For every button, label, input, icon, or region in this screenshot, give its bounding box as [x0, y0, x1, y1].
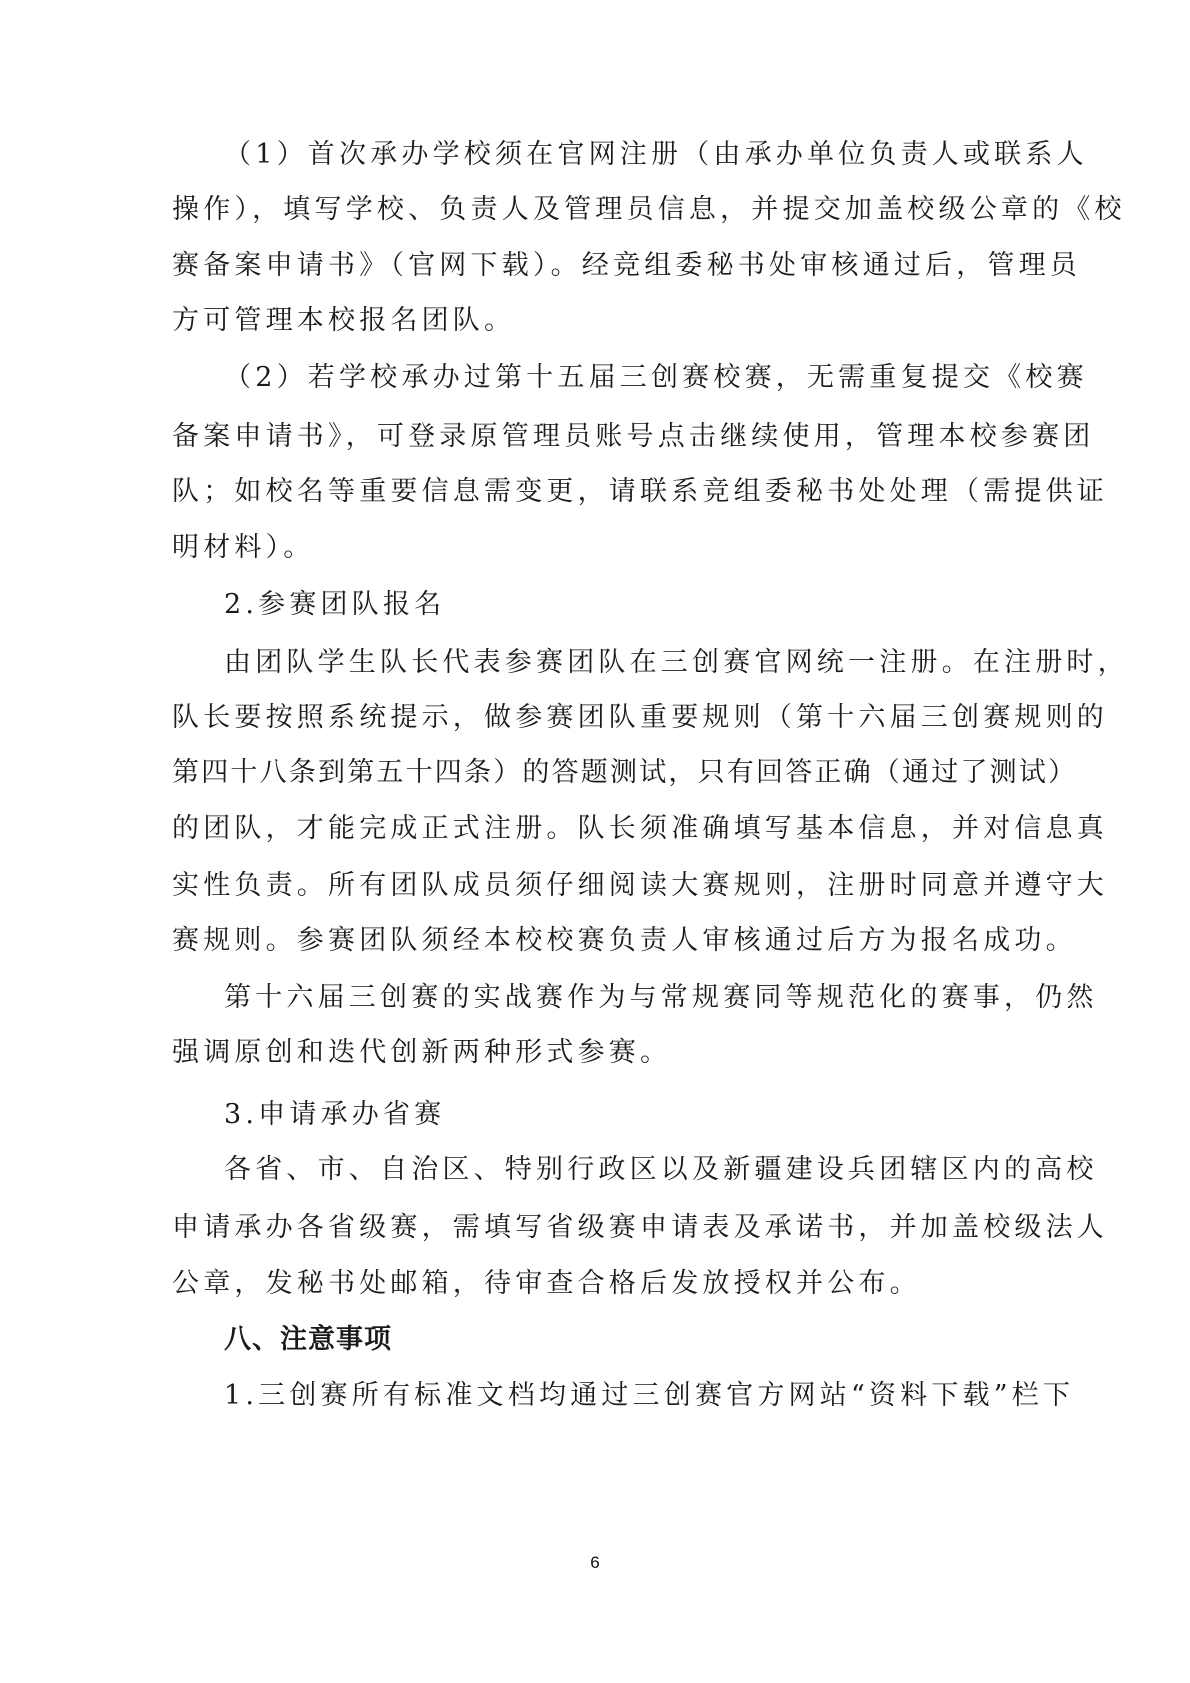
paragraph-line: 第十六届三创赛的实战赛作为与常规赛同等规范化的赛事，仍然 — [224, 980, 1098, 1016]
subsection-heading: 2.参赛团队报名 — [224, 587, 445, 623]
paragraph-line: （1）首次承办学校须在官网注册（由承办单位负责人或联系人 — [224, 137, 1088, 173]
paragraph-line: 赛备案申请书》（官网下载）。经竞组委秘书处审核通过后，管理员 — [172, 248, 1081, 284]
paragraph-line: 第四十八条到第五十四条）的答题测试，只有回答正确（通过了测试） — [172, 755, 1077, 791]
paragraph-line: 实性负责。所有团队成员须仔细阅读大赛规则，注册时同意并遵守大 — [172, 868, 1108, 904]
paragraph-line: 强调原创和迭代创新两种形式参赛。 — [172, 1035, 671, 1071]
paragraph-line: 队长要按照系统提示，做参赛团队重要规则（第十六届三创赛规则的 — [172, 700, 1108, 736]
subsection-heading: 3.申请承办省赛 — [224, 1097, 445, 1133]
paragraph-line: 各省、市、自治区、特别行政区以及新疆建设兵团辖区内的高校 — [224, 1152, 1098, 1188]
paragraph-line: 赛规则。参赛团队须经本校校赛负责人审核通过后方为报名成功。 — [172, 923, 1077, 959]
paragraph-line: 公章，发秘书处邮箱，待审查合格后发放授权并公布。 — [172, 1266, 921, 1302]
paragraph-line: 由团队学生队长代表参赛团队在三创赛官网统一注册。在注册时， — [224, 645, 1129, 681]
paragraph-line: 明材料）。 — [172, 530, 315, 566]
page-number: 6 — [0, 1553, 1190, 1573]
paragraph-line: 备案申请书》，可登录原管理员账号点击继续使用，管理本校参赛团 — [172, 419, 1095, 455]
paragraph-line: （2）若学校承办过第十五届三创赛校赛，无需重复提交《校赛 — [224, 360, 1088, 396]
paragraph-line: 方可管理本校报名团队。 — [172, 303, 515, 339]
paragraph-line: 的团队，才能完成正式注册。队长须准确填写基本信息，并对信息真 — [172, 811, 1108, 847]
paragraph-line: 申请承办各省级赛，需填写省级赛申请表及承诺书，并加盖校级法人 — [172, 1210, 1108, 1246]
paragraph-line: 队；如校名等重要信息需变更，请联系竞组委秘书处处理（需提供证 — [172, 474, 1108, 510]
section-heading: 八、注意事项 — [224, 1322, 392, 1358]
paragraph-line: 操作），填写学校、负责人及管理员信息，并提交加盖校级公章的《校 — [172, 192, 1126, 228]
document-page: （1）首次承办学校须在官网注册（由承办单位负责人或联系人 操作），填写学校、负责… — [0, 0, 1190, 1683]
paragraph-line: 1.三创赛所有标准文档均通过三创赛官方网站“资料下载”栏下 — [224, 1378, 1074, 1414]
